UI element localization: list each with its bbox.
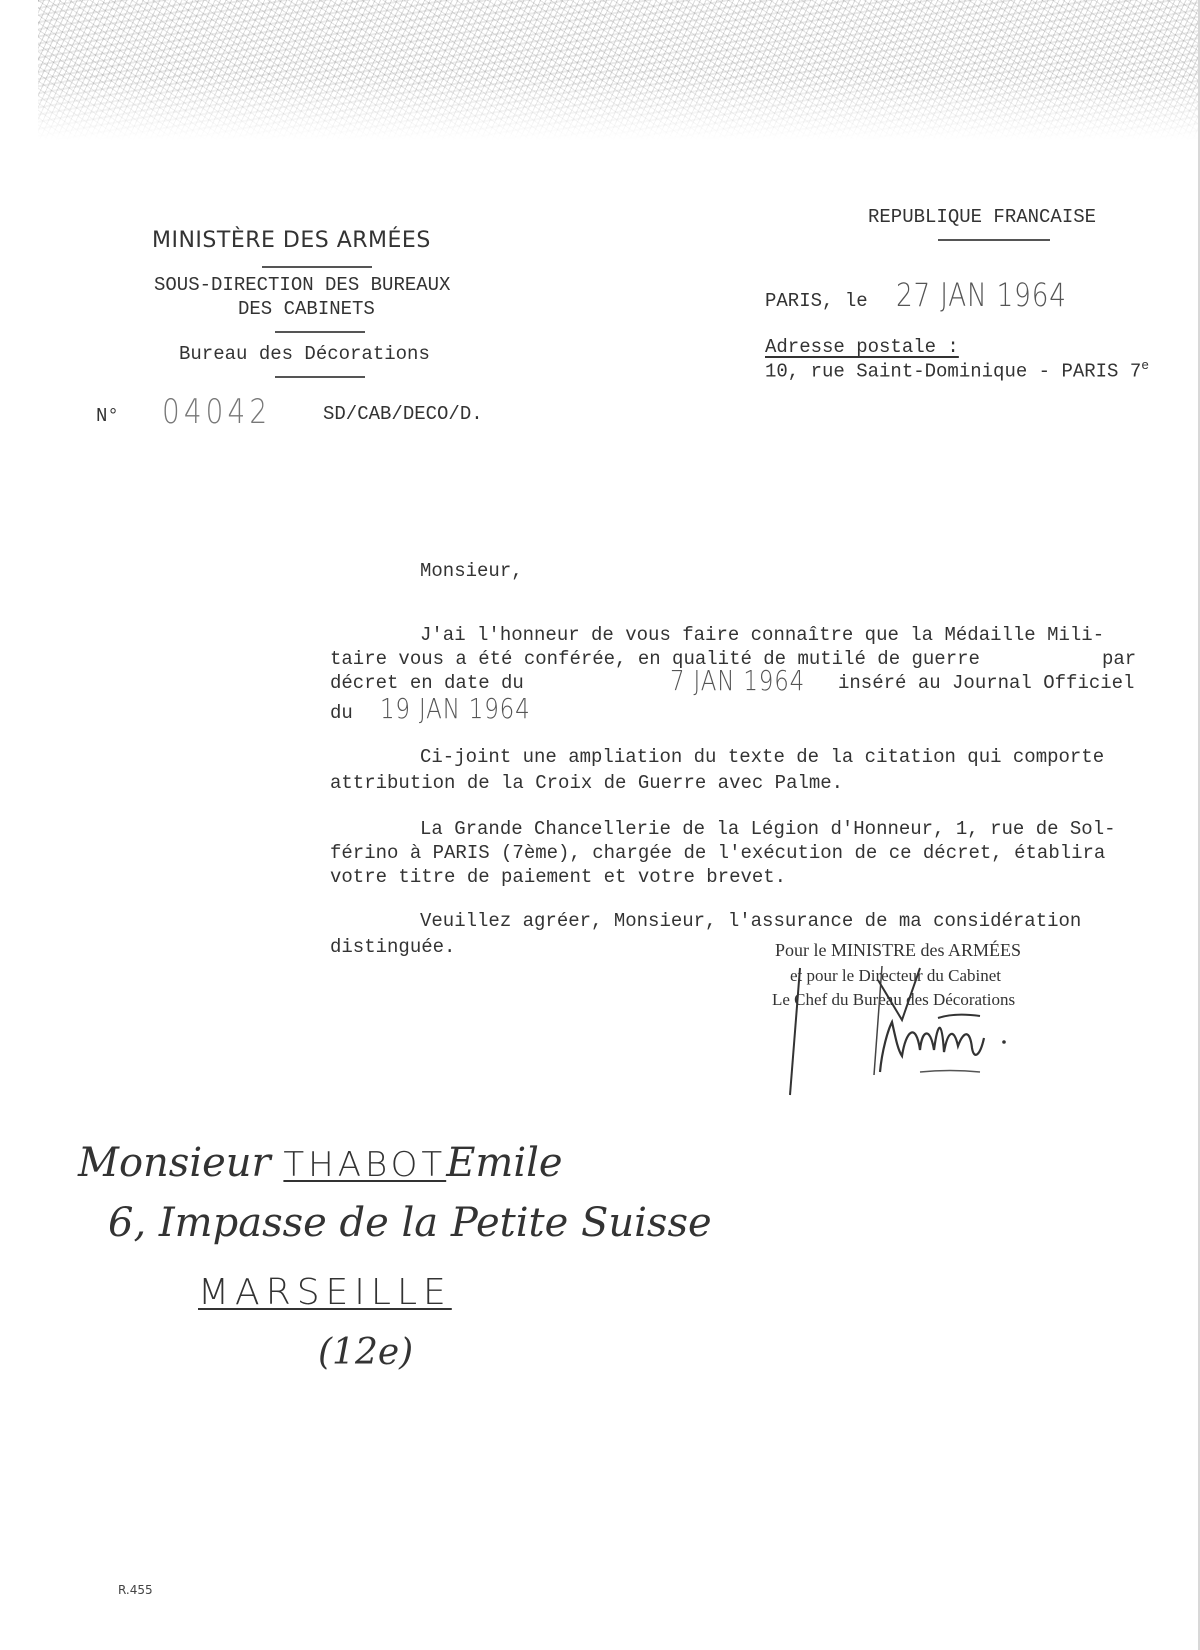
recipient-district: (12e) bbox=[318, 1332, 413, 1373]
subdirection-line-2: DES CABINETS bbox=[238, 298, 375, 320]
p1-line-1: J'ai l'honneur de vous faire connaître q… bbox=[420, 624, 1104, 646]
recipient-surname: THABOT bbox=[283, 1145, 446, 1185]
p4-line-2: distinguée. bbox=[330, 936, 455, 958]
ministry-title: MINISTÈRE DES ARMÉES bbox=[152, 228, 431, 253]
signature-line-1: Pour le MINISTRE des ARMÉES bbox=[775, 940, 1021, 961]
p3-line-1: La Grande Chancellerie de la Légion d'Ho… bbox=[420, 818, 1116, 840]
republic-title: REPUBLIQUE FRANCAISE bbox=[868, 206, 1096, 228]
salutation: Monsieur, bbox=[420, 560, 523, 582]
p4-line-1: Veuillez agréer, Monsieur, l'assurance d… bbox=[420, 910, 1081, 932]
divider bbox=[275, 376, 365, 378]
p2-line-1: Ci-joint une ampliation du texte de la c… bbox=[420, 746, 1104, 768]
signature-scrawl bbox=[770, 960, 1030, 1100]
p1-line-2: taire vous a été conférée, en qualité de… bbox=[330, 648, 980, 670]
p3-line-2: férino à PARIS (7ème), chargée de l'exéc… bbox=[330, 842, 1105, 864]
postal-address-sup: e bbox=[1141, 358, 1149, 373]
place-date-prefix: PARIS, le bbox=[765, 290, 868, 312]
p2-line-2: attribution de la Croix de Guerre avec P… bbox=[330, 772, 843, 794]
p3-line-3: votre titre de paiement et votre brevet. bbox=[330, 866, 786, 888]
p1-line-3: décret en date du bbox=[330, 672, 524, 694]
decree-date-stamp: 7 JAN 1964 bbox=[670, 664, 805, 697]
postal-address: 10, rue Saint-Dominique - PARIS 7e bbox=[765, 358, 1149, 382]
postal-address-text: 10, rue Saint-Dominique - PARIS 7 bbox=[765, 360, 1141, 382]
divider bbox=[262, 266, 372, 268]
p1-line-2-end: par bbox=[1102, 648, 1136, 670]
divider bbox=[275, 331, 365, 333]
form-code: R.455 bbox=[118, 1583, 153, 1597]
recipient-first-name: Emile bbox=[446, 1140, 562, 1186]
ref-number-stamp: 04042 bbox=[162, 392, 271, 432]
p1-line-3-end: inséré au Journal Officiel bbox=[838, 672, 1134, 694]
ref-label: N° bbox=[96, 405, 119, 427]
ref-code: SD/CAB/DECO/D. bbox=[323, 403, 483, 425]
bureau-name: Bureau des Décorations bbox=[179, 343, 430, 365]
subdirection-line-1: SOUS-DIRECTION DES BUREAUX bbox=[154, 274, 450, 296]
recipient-title: Monsieur bbox=[78, 1140, 271, 1186]
address-label: Adresse postale : bbox=[765, 336, 959, 358]
letter-date-stamp: 27 JAN 1964 bbox=[896, 276, 1067, 314]
journal-date-stamp: 19 JAN 1964 bbox=[380, 692, 531, 725]
scan-noise-band bbox=[38, 0, 1200, 140]
recipient-city: MARSEILLE bbox=[198, 1272, 452, 1313]
divider bbox=[938, 239, 1050, 241]
recipient-street: 6, Impasse de la Petite Suisse bbox=[108, 1200, 712, 1246]
p1-line-4-prefix: du bbox=[330, 702, 353, 724]
recipient-line-1: Monsieur THABOTEmile bbox=[78, 1140, 563, 1186]
